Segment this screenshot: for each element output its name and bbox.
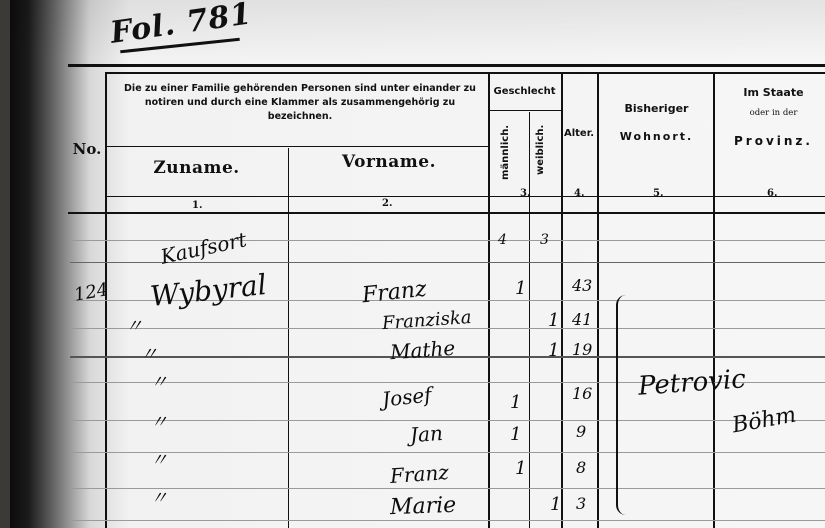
ruled-line (70, 452, 825, 453)
entry-male-mark: 1 (515, 458, 526, 479)
entry-given-name: Franz (389, 460, 449, 488)
entry-surname-ditto: 〃 (150, 408, 168, 434)
ruled-line (70, 488, 825, 489)
entry-male-mark: 1 (510, 392, 521, 413)
column-header-state-line3: Provinz. (716, 134, 825, 148)
column-number-3: 3. (520, 188, 530, 199)
header-divider-instruction (105, 146, 488, 147)
entry-given-name: Marie (390, 493, 457, 520)
entry-age: 19 (572, 340, 592, 359)
sex-total-female: 3 (540, 232, 549, 248)
column-number-4: 4. (574, 188, 584, 199)
entry-age: 9 (576, 422, 586, 441)
entry-previous-residence: Petrovic (637, 364, 747, 401)
entry-given-name: Josef (381, 382, 433, 411)
census-page: Fol. 781 No. Die zu einer Familie gehöre… (10, 0, 825, 528)
column-number-2: 2. (382, 198, 392, 209)
header-divider-numbers (105, 196, 825, 197)
column-header-residence-line1: Bisheriger (600, 102, 713, 115)
entry-surname-ditto: 〃 (150, 368, 168, 394)
header-bottom-border (68, 212, 825, 214)
sex-total-male: 4 (498, 232, 507, 248)
family-bracket (616, 295, 632, 515)
entry-given-name: Franziska (381, 307, 472, 334)
entry-surname-ditto: 〃 (125, 312, 143, 338)
entry-female-mark: 1 (550, 494, 561, 515)
entry-male-mark: 1 (515, 278, 526, 299)
entry-given-name: Jan (409, 421, 443, 447)
entry-female-mark: 1 (548, 340, 559, 361)
column-header-state-line1: Im Staate (716, 86, 825, 99)
column-number-1: 1. (192, 200, 202, 211)
entry-state-province: Böhm (730, 403, 798, 439)
entry-male-mark: 1 (510, 424, 521, 445)
entry-surname-ditto: 〃 (140, 340, 158, 366)
column-header-female: weiblich. (535, 125, 546, 175)
entry-surname-ditto: 〃 (150, 484, 168, 510)
column-header-given-name: Vorname. (290, 152, 488, 172)
table-top-border (68, 64, 825, 67)
column-number-6: 6. (767, 188, 777, 199)
col-line-sex-split (529, 112, 530, 528)
entry-given-name: Franz (361, 277, 428, 309)
ruled-line (70, 520, 825, 521)
entry-age: 43 (572, 276, 592, 295)
column-header-surname: Zuname. (105, 158, 288, 178)
column-header-residence-line2: Wohnort. (600, 130, 713, 143)
column-header-age: Alter. (561, 128, 597, 139)
family-instruction-text: Die zu einer Familie gehörenden Personen… (120, 82, 480, 124)
entry-given-name: Mathe (389, 336, 456, 364)
entry-female-mark: 1 (548, 310, 559, 331)
column-number-5: 5. (653, 188, 663, 199)
ruled-line (70, 420, 825, 421)
column-header-sex: Geschlecht (488, 86, 561, 97)
entry-surname: Wybyral (149, 268, 269, 313)
column-header-male: männlich. (500, 125, 511, 180)
entry-age: 16 (572, 384, 592, 403)
header-top-rule (105, 72, 825, 74)
entry-surname-ditto: 〃 (150, 446, 168, 472)
entry-age: 8 (576, 458, 586, 477)
column-header-state-line2: oder in der (716, 108, 825, 118)
entry-age: 3 (576, 494, 586, 513)
header-divider-sex (488, 110, 561, 111)
row-number-label: No. (70, 140, 104, 158)
col-line-surname (288, 148, 289, 528)
entry-age: 41 (572, 310, 592, 329)
